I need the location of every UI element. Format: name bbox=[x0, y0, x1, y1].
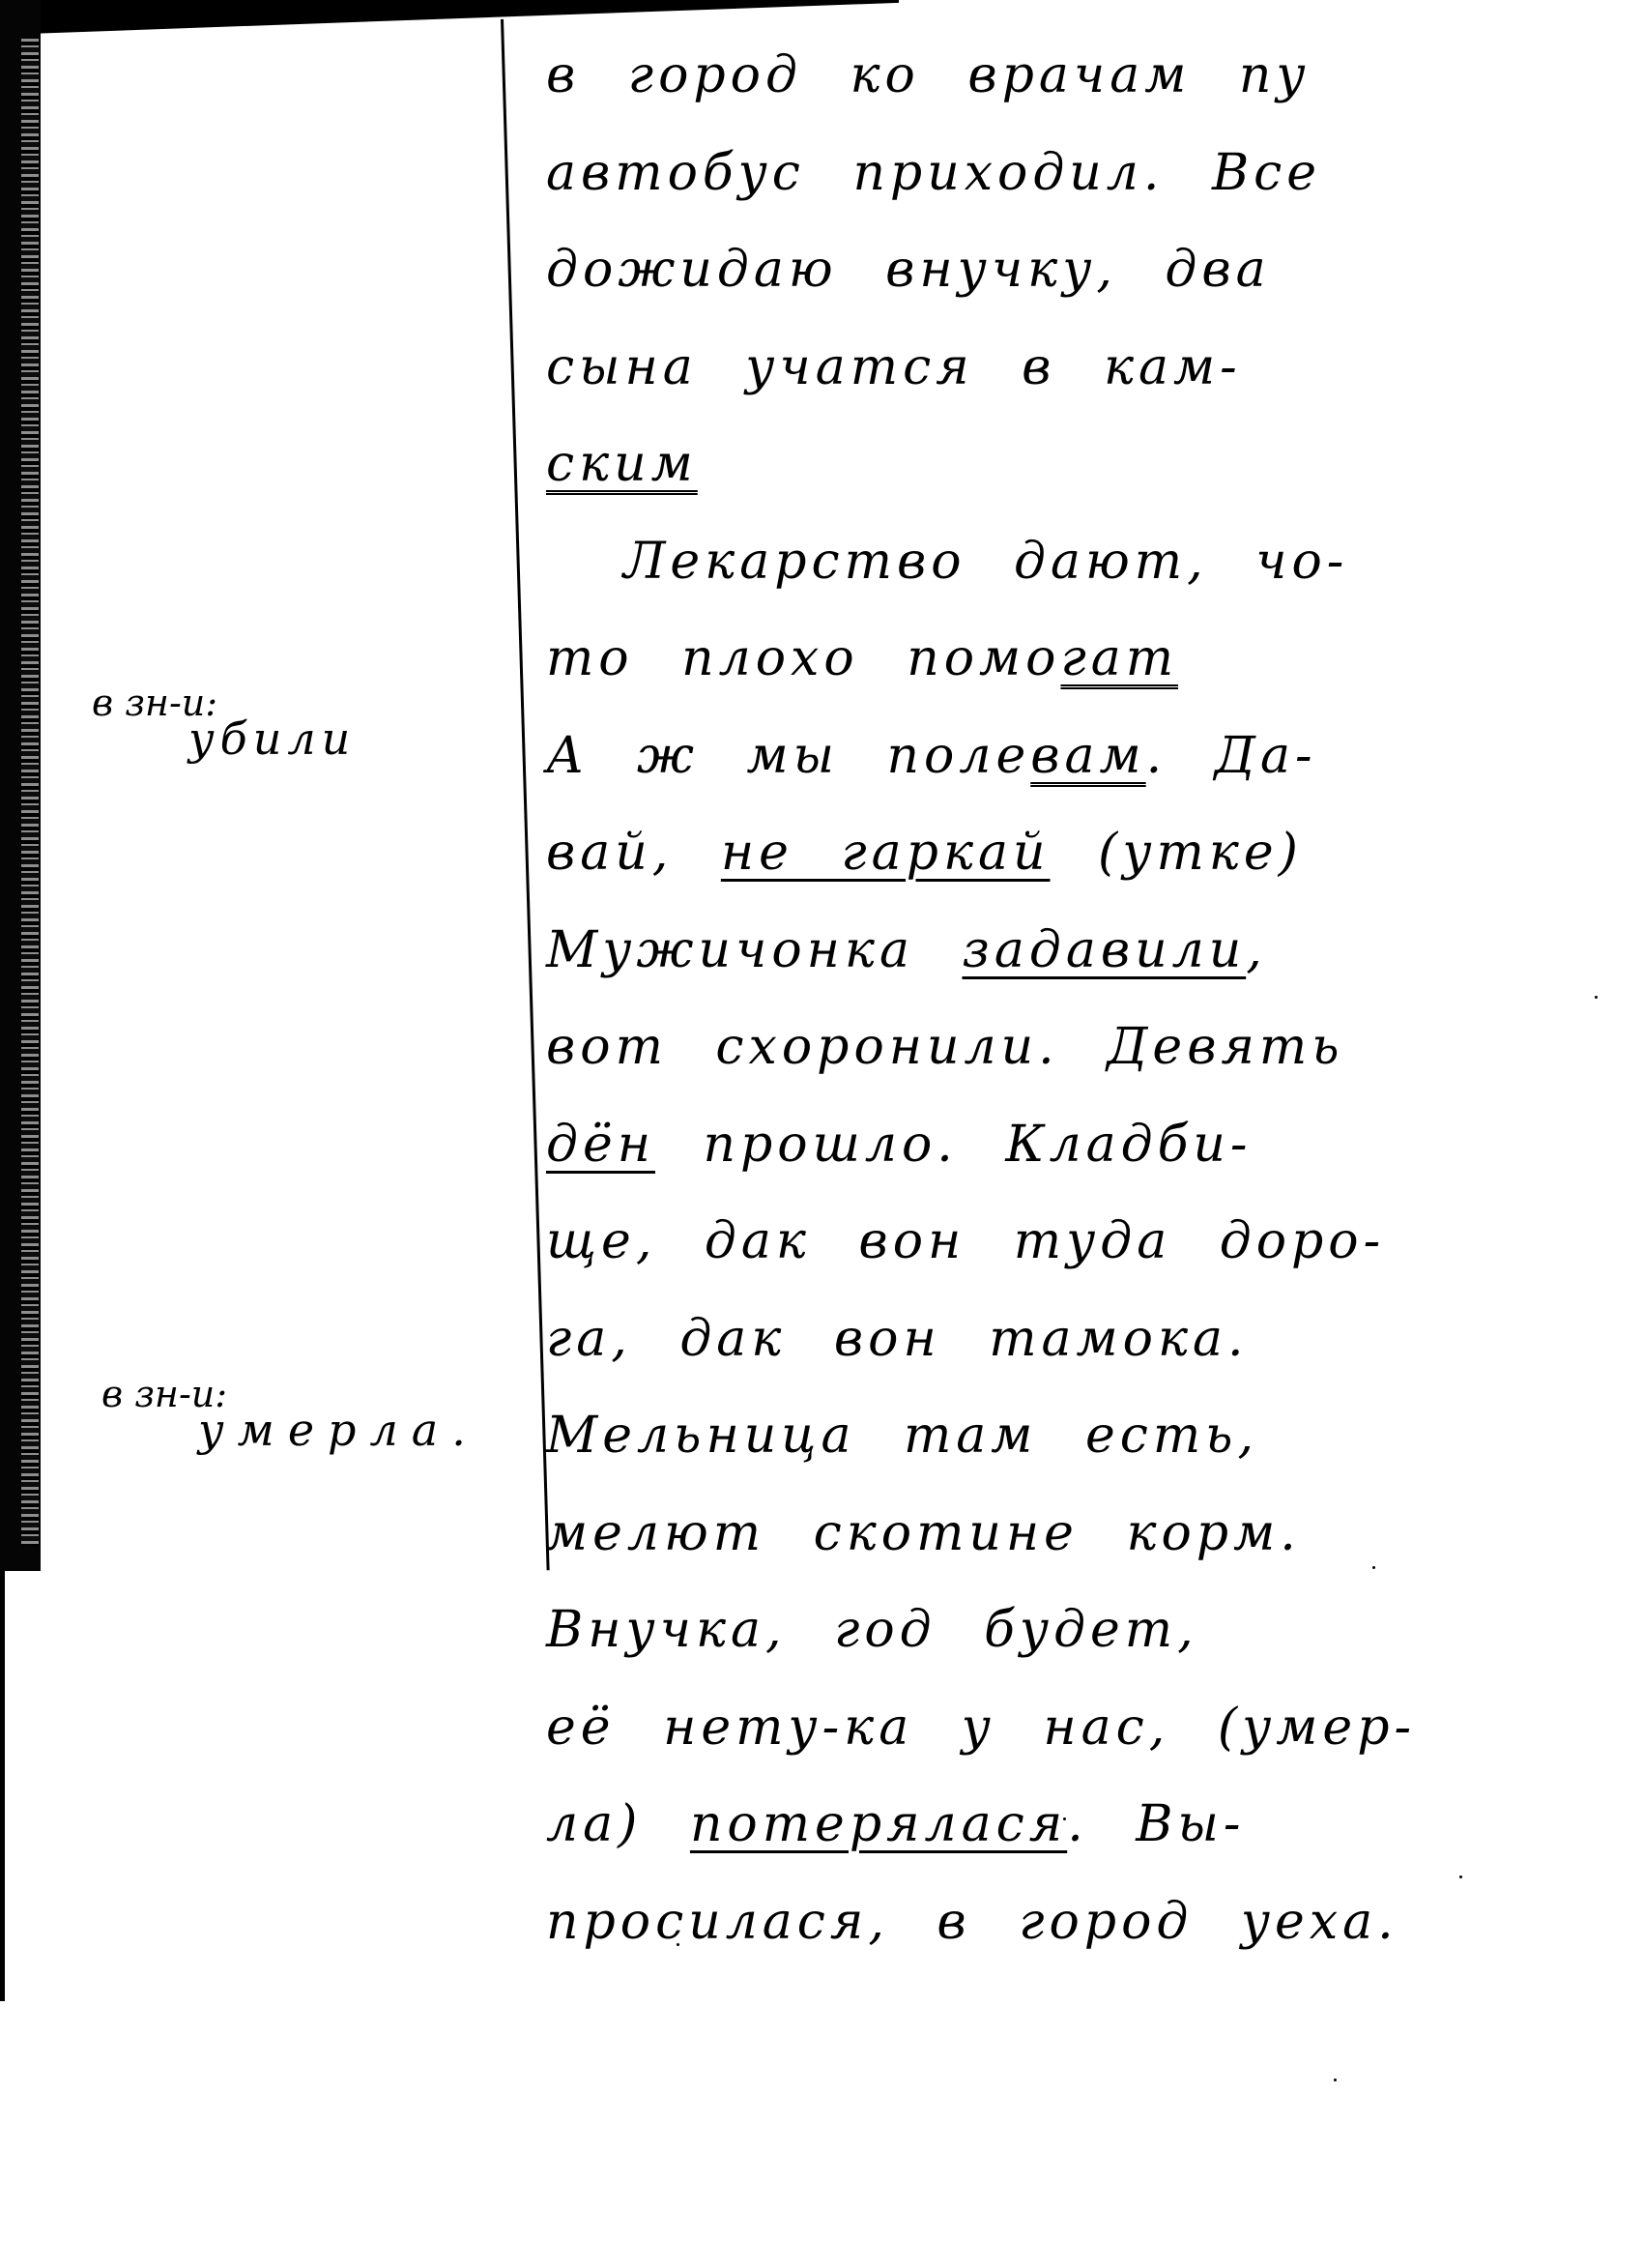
text-line: вот схоронили. Девять bbox=[546, 999, 1339, 1096]
margin-note: в зн-и: убили bbox=[92, 682, 356, 765]
text-line: просилася, в город уеха. bbox=[546, 1874, 1339, 1971]
scan-edge-left-strip bbox=[0, 1571, 5, 2001]
text-line: в город ко врачам пу bbox=[546, 27, 1339, 125]
text-line: А ж мы полевам. Да- bbox=[546, 708, 1339, 805]
text-line: её нету-ка у нас, (умер- bbox=[546, 1679, 1339, 1777]
scan-speck bbox=[1372, 1566, 1375, 1569]
underlined-word: гат bbox=[1060, 629, 1178, 687]
text-line: дожидаю внучку, два bbox=[546, 221, 1339, 319]
text-line: сына учатся в кам- bbox=[546, 319, 1339, 417]
text-line: ще, дак вон туда доро- bbox=[546, 1193, 1339, 1291]
scan-speck bbox=[1063, 1817, 1066, 1820]
scan-speck bbox=[677, 1943, 679, 1946]
text-line: Лекарство дают, чо- bbox=[546, 513, 1339, 611]
scan-speck bbox=[1334, 2079, 1337, 2081]
text-line: Мельница там есть, bbox=[546, 1387, 1339, 1485]
margin-note: в зн-и: умерла. bbox=[101, 1373, 479, 1456]
underlined-word: дён bbox=[546, 1116, 655, 1174]
text-line: ла) потерялася. Вы- bbox=[546, 1776, 1339, 1874]
text-line: га, дак вон тамока. bbox=[546, 1291, 1339, 1388]
text-line: дён прошло. Кладби- bbox=[546, 1096, 1339, 1194]
text-line: Мужичонка задавили, bbox=[546, 902, 1339, 1000]
underlined-word: вам bbox=[1030, 727, 1145, 785]
margin-rule-line bbox=[501, 19, 550, 1570]
handwritten-text-column: в город ко врачам пуавтобус приходил. Вс… bbox=[546, 27, 1339, 1970]
underlined-word: потерялася bbox=[690, 1795, 1067, 1853]
scan-speck bbox=[1459, 1875, 1462, 1878]
text-line: мелют скотине корм. bbox=[546, 1485, 1339, 1583]
text-line: Внучка, год будет, bbox=[546, 1582, 1339, 1679]
text-line: автобус приходил. Все bbox=[546, 125, 1339, 222]
scan-edge-left bbox=[0, 0, 41, 1571]
underlined-word: задавили bbox=[963, 921, 1247, 979]
scan-speck bbox=[1595, 996, 1598, 999]
underlined-word: не гаркай bbox=[721, 824, 1051, 882]
text-line: ским bbox=[546, 416, 1339, 513]
underlined-word: ским bbox=[546, 435, 698, 493]
text-line: вай, не гаркай (утке) bbox=[546, 804, 1339, 902]
text-line: то плохо помогат bbox=[546, 610, 1339, 708]
